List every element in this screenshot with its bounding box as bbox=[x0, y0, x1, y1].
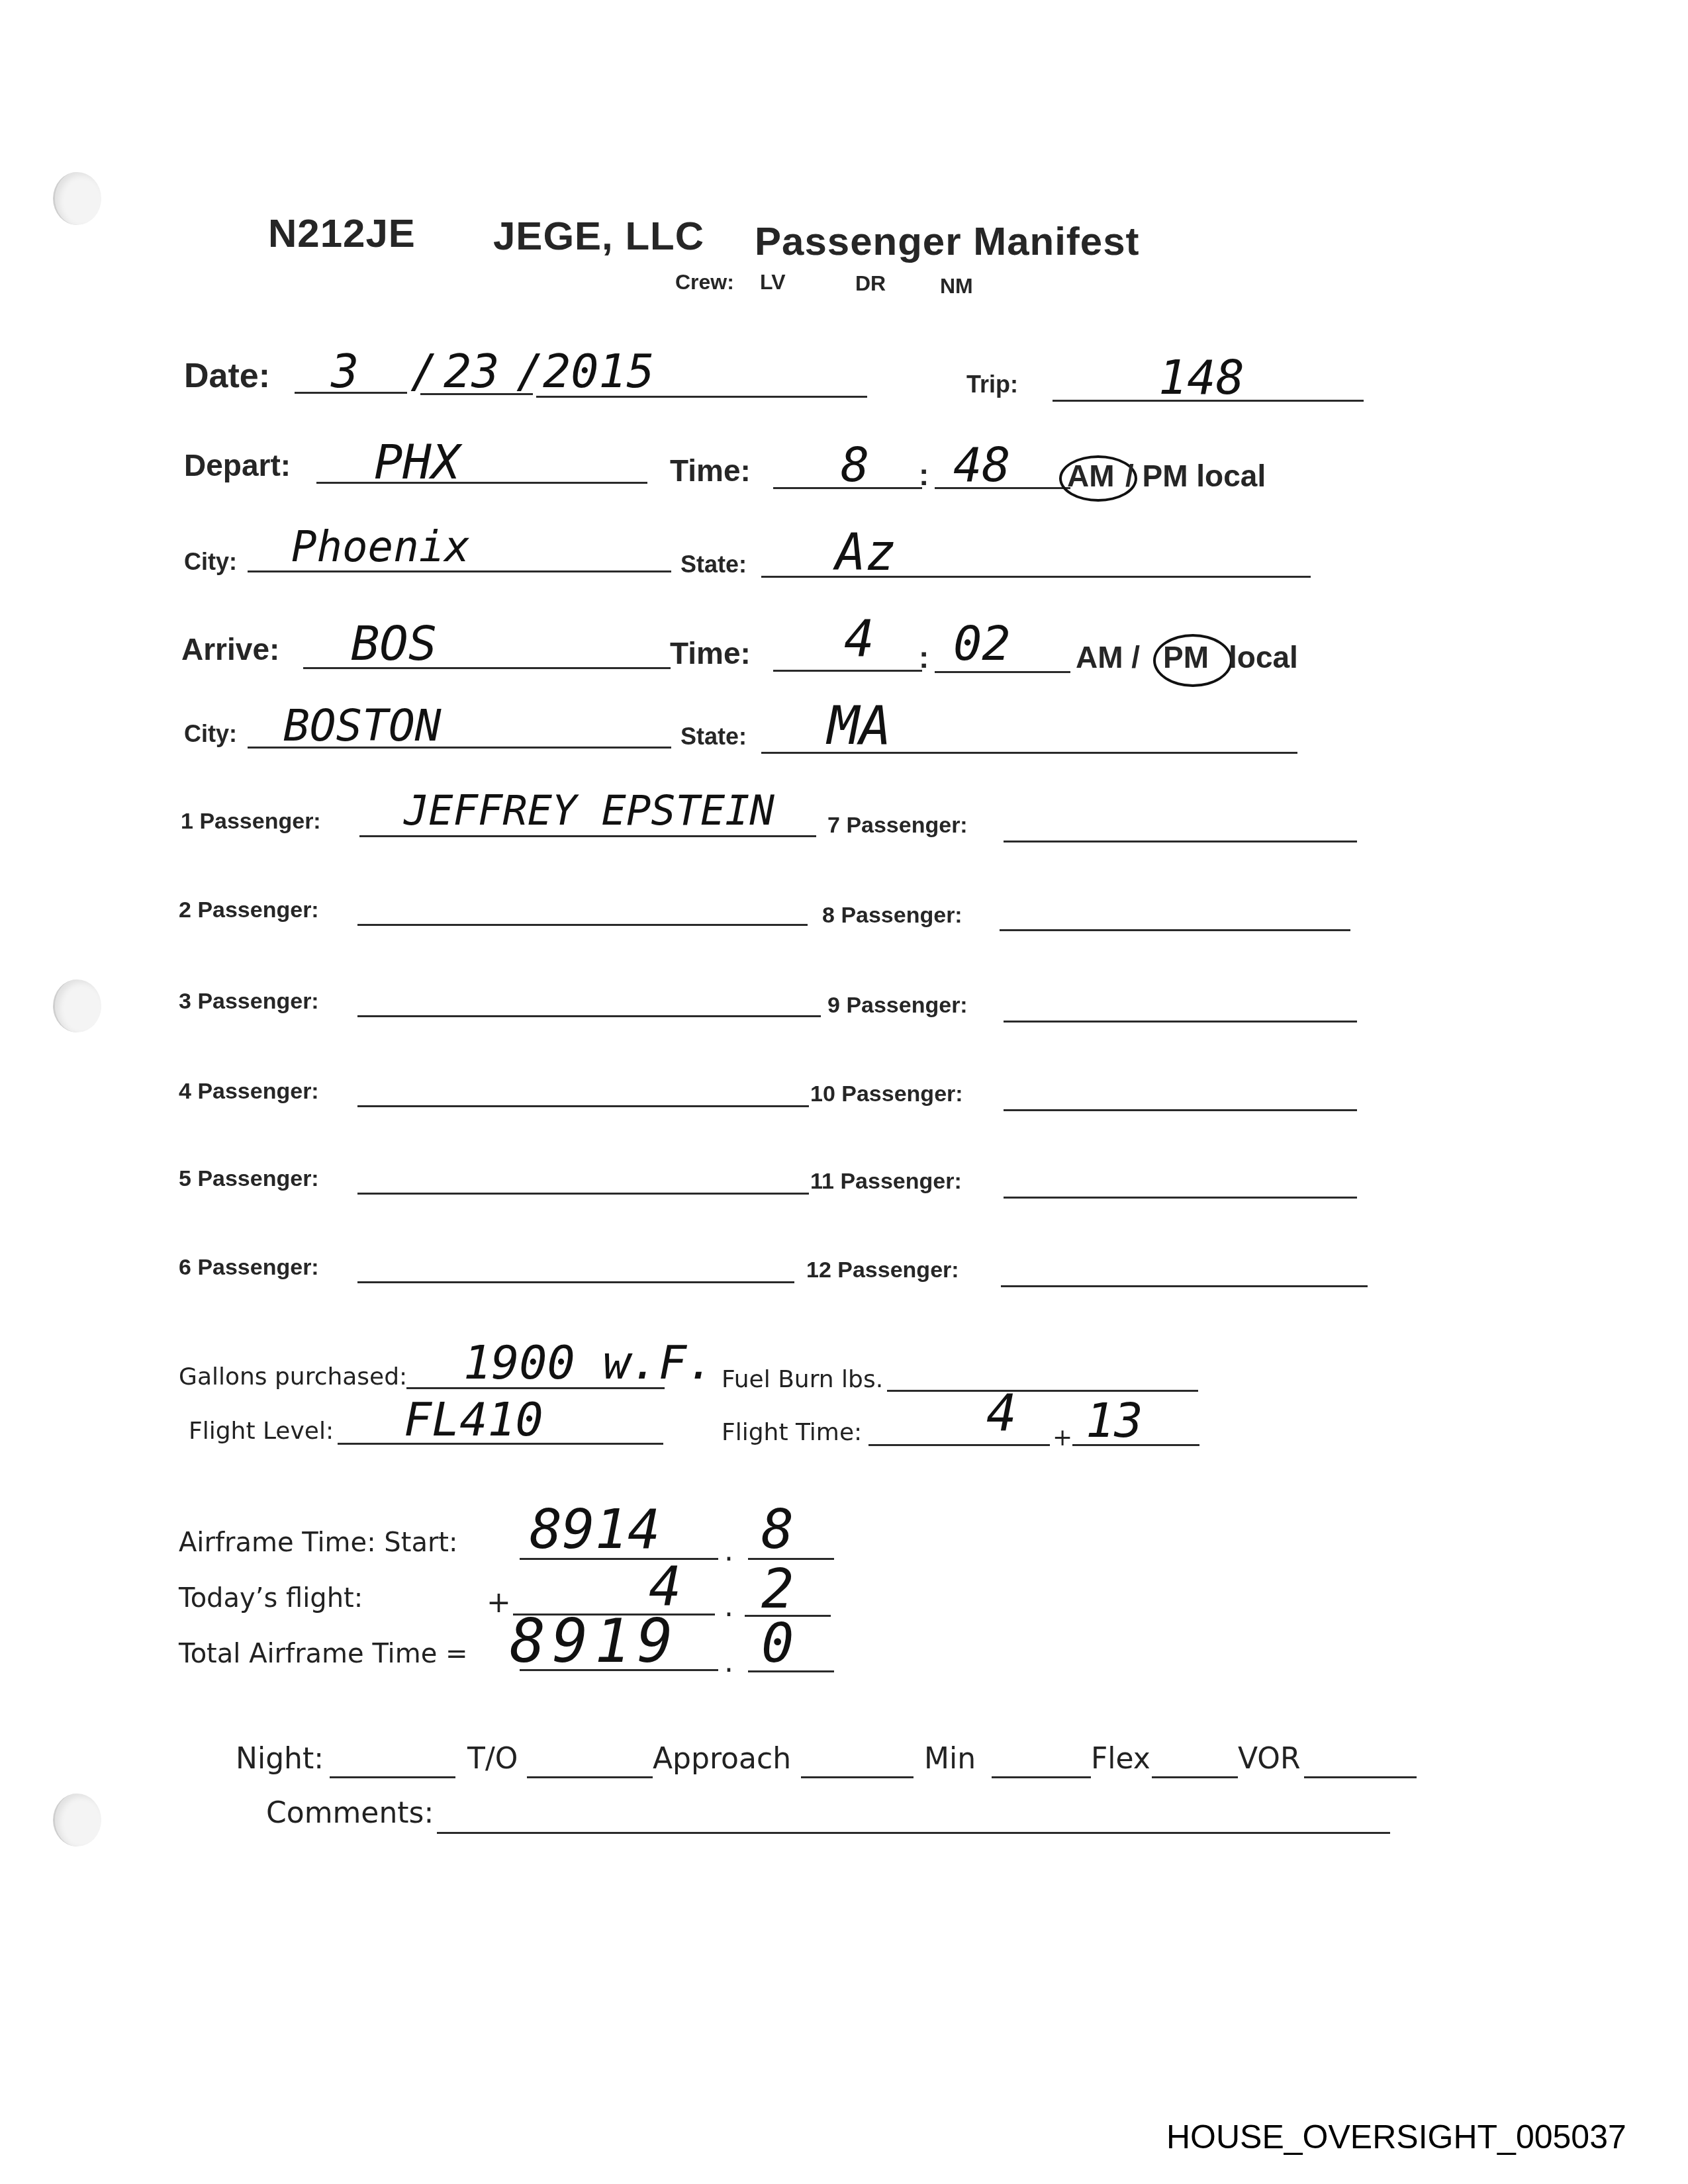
time-colon: : bbox=[919, 457, 929, 492]
gallons-label: Gallons purchased: bbox=[179, 1363, 407, 1390]
arrive-city-label: City: bbox=[184, 720, 237, 748]
form-title: Passenger Manifest bbox=[755, 218, 1140, 264]
flex-field[interactable] bbox=[1152, 1776, 1238, 1778]
total-airframe-tenth-field[interactable]: 0 bbox=[761, 1612, 794, 1675]
passenger-2-field[interactable] bbox=[357, 924, 808, 926]
passenger-12-label: 12 Passenger: bbox=[806, 1257, 959, 1283]
vor-label: VOR bbox=[1238, 1742, 1301, 1776]
total-airframe-label: Total Airframe Time = bbox=[179, 1639, 468, 1669]
arrive-label: Arrive: bbox=[181, 631, 279, 667]
crew-label: Crew: bbox=[675, 270, 734, 295]
arrive-city-field[interactable]: BOSTON bbox=[283, 700, 441, 751]
decimal-point: . bbox=[724, 1590, 733, 1623]
depart-time-label: Time: bbox=[670, 453, 751, 488]
depart-state-field[interactable]: Az bbox=[835, 523, 896, 582]
comments-label: Comments: bbox=[266, 1796, 434, 1830]
to-label: T/O bbox=[467, 1742, 518, 1776]
passenger-9-field[interactable] bbox=[1004, 1021, 1357, 1023]
flight-level-field[interactable]: FL410 bbox=[404, 1392, 543, 1447]
date-separator: / bbox=[516, 344, 544, 398]
to-field[interactable] bbox=[527, 1776, 653, 1778]
passenger-4-field[interactable] bbox=[357, 1105, 809, 1107]
date-year-field[interactable]: 2015 bbox=[543, 344, 655, 398]
time-colon: : bbox=[919, 639, 929, 675]
depart-state-label: State: bbox=[680, 551, 747, 578]
passenger-8-field[interactable] bbox=[1000, 929, 1350, 931]
punch-hole bbox=[53, 1794, 101, 1846]
night-field[interactable] bbox=[330, 1776, 455, 1778]
approach-label: Approach bbox=[653, 1742, 791, 1776]
flight-time-hours-field[interactable]: 4 bbox=[986, 1383, 1017, 1442]
date-day-field[interactable]: 23 bbox=[444, 344, 499, 398]
passenger-3-label: 3 Passenger: bbox=[179, 989, 319, 1015]
arrive-pm-option[interactable]: PM bbox=[1163, 639, 1209, 675]
flight-time-minutes-field[interactable]: 13 bbox=[1086, 1392, 1143, 1448]
passenger-9-label: 9 Passenger: bbox=[827, 993, 968, 1019]
decimal-point: . bbox=[724, 1645, 733, 1679]
passenger-8-label: 8 Passenger: bbox=[822, 903, 962, 929]
comments-field[interactable] bbox=[437, 1832, 1390, 1834]
flight-time-plus: + bbox=[1053, 1424, 1072, 1451]
depart-city-field[interactable]: Phoenix bbox=[291, 523, 470, 572]
passenger-11-field[interactable] bbox=[1004, 1197, 1357, 1199]
fuel-burn-field[interactable] bbox=[887, 1390, 1198, 1392]
date-separator: / bbox=[410, 344, 438, 398]
tail-number: N212JE bbox=[268, 210, 416, 256]
passenger-10-label: 10 Passenger: bbox=[810, 1081, 963, 1107]
total-airframe-whole-field[interactable]: 8919 bbox=[510, 1607, 680, 1676]
todays-flight-tenth-field[interactable]: 2 bbox=[761, 1558, 794, 1621]
min-field[interactable] bbox=[992, 1776, 1091, 1778]
arrive-hour-field[interactable]: 4 bbox=[844, 609, 874, 668]
passenger-10-field[interactable] bbox=[1004, 1109, 1357, 1111]
punch-hole bbox=[53, 979, 101, 1032]
gallons-field[interactable]: 1900 w.F. bbox=[463, 1336, 714, 1390]
date-month-field[interactable]: 3 bbox=[331, 344, 359, 398]
arrive-am-label: AM / bbox=[1076, 639, 1140, 675]
passenger-6-label: 6 Passenger: bbox=[179, 1255, 319, 1281]
arrive-time-label: Time: bbox=[670, 635, 751, 671]
passenger-2-label: 2 Passenger: bbox=[179, 897, 319, 923]
depart-am-option[interactable]: AM bbox=[1067, 458, 1115, 494]
passenger-3-field[interactable] bbox=[357, 1015, 821, 1017]
arrive-code-field[interactable]: BOS bbox=[351, 615, 437, 671]
punch-hole bbox=[53, 172, 101, 225]
crew-member: NM bbox=[940, 274, 973, 298]
passenger-12-field[interactable] bbox=[1001, 1285, 1368, 1287]
airframe-start-tenth-field[interactable]: 8 bbox=[761, 1498, 794, 1561]
passenger-5-label: 5 Passenger: bbox=[179, 1166, 319, 1192]
depart-pm-local-label: / PM local bbox=[1125, 458, 1266, 494]
arrive-local-label: local bbox=[1229, 639, 1298, 675]
fuel-burn-label: Fuel Burn lbs. bbox=[722, 1366, 883, 1393]
airframe-start-label: Airframe Time: Start: bbox=[179, 1527, 458, 1558]
trip-label: Trip: bbox=[966, 371, 1018, 398]
passenger-11-label: 11 Passenger: bbox=[810, 1169, 962, 1195]
passenger-1-field[interactable]: JEFFREY EPSTEIN bbox=[404, 786, 774, 835]
arrive-minute-field[interactable]: 02 bbox=[953, 615, 1011, 671]
crew-member: LV bbox=[760, 270, 786, 295]
depart-hour-field[interactable]: 8 bbox=[841, 437, 869, 492]
flex-label: Flex bbox=[1091, 1742, 1150, 1776]
passenger-7-field[interactable] bbox=[1004, 841, 1357, 842]
depart-label: Depart: bbox=[184, 447, 291, 483]
night-label: Night: bbox=[236, 1742, 324, 1776]
flight-level-label: Flight Level: bbox=[189, 1418, 334, 1445]
depart-minute-field[interactable]: 48 bbox=[953, 437, 1011, 492]
depart-city-label: City: bbox=[184, 548, 237, 576]
passenger-1-label: 1 Passenger: bbox=[181, 809, 321, 835]
passenger-7-label: 7 Passenger: bbox=[827, 813, 968, 839]
todays-flight-label: Today’s flight: bbox=[179, 1583, 363, 1614]
decimal-point: . bbox=[724, 1534, 733, 1568]
crew-member: DR bbox=[855, 271, 886, 296]
company-name: JEGE, LLC bbox=[493, 213, 704, 259]
vor-field[interactable] bbox=[1304, 1776, 1417, 1778]
passenger-5-field[interactable] bbox=[357, 1193, 809, 1195]
flight-time-label: Flight Time: bbox=[722, 1419, 862, 1446]
date-label: Date: bbox=[184, 356, 270, 396]
todays-flight-plus: + bbox=[487, 1586, 511, 1619]
depart-code-field[interactable]: PHX bbox=[374, 434, 460, 490]
arrive-state-field[interactable]: MA bbox=[827, 695, 891, 756]
arrive-state-label: State: bbox=[680, 723, 747, 751]
passenger-6-field[interactable] bbox=[357, 1281, 794, 1283]
bates-number: HOUSE_OVERSIGHT_005037 bbox=[1166, 2118, 1626, 2156]
min-label: Min bbox=[924, 1742, 976, 1776]
passenger-4-label: 4 Passenger: bbox=[179, 1079, 319, 1105]
trip-field[interactable]: 148 bbox=[1158, 349, 1244, 405]
airframe-start-whole-field[interactable]: 8914 bbox=[530, 1498, 660, 1561]
approach-field[interactable] bbox=[801, 1776, 914, 1778]
